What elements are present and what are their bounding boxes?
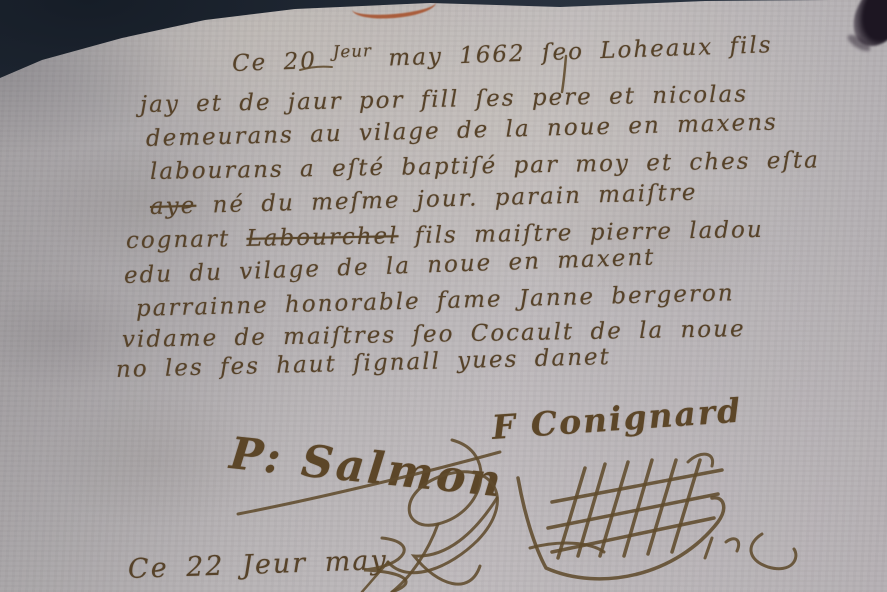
signature-conignard: F Conignard xyxy=(491,391,744,447)
line1-rest: may 1662 ſeo Loheaux fils xyxy=(372,32,773,72)
line5-struck-word: aye xyxy=(150,193,197,220)
next-entry-partial-line: Ce 22 Jeur may xyxy=(127,545,388,585)
ink-bleed-smudge xyxy=(0,280,160,390)
manuscript-photo: Ce 20 Jeur may 1662 ſeo Loheaux fils jay… xyxy=(0,0,887,592)
ink-bleed-smudge xyxy=(520,180,780,300)
text-line-4: labourans a eſté baptiſé par moy et ches… xyxy=(150,147,820,185)
text-line-10: no les fes haut ſignall yues danet xyxy=(116,344,611,383)
text-line-5: aye né du meſme jour. parain maiſtre xyxy=(150,180,698,220)
text-line-9: vidame de maiſtres ſeo Cocault de la nou… xyxy=(122,316,746,353)
line7-text: edu du vilage de la noue en maxent xyxy=(124,244,656,289)
line10-text: no les fes haut ſignall yues danet xyxy=(116,344,611,383)
line6-rest: fils maiſtre pierre ladou xyxy=(398,217,764,249)
ink-bleed-smudge xyxy=(40,390,270,530)
line8-text: parrainne honorable fame Janne bergeron xyxy=(136,280,735,322)
line9-text: vidame de maiſtres ſeo Cocault de la nou… xyxy=(122,316,746,353)
text-line-3: demeurans au vilage de la noue en maxens xyxy=(146,109,778,152)
text-line-6: cognart Labourchel fils maiſtre pierre l… xyxy=(126,217,764,254)
line1-superscript: Jeur xyxy=(333,41,373,61)
line6-start: cognart xyxy=(126,226,247,254)
line4-text: labourans a eſté baptiſé par moy et ches… xyxy=(150,147,820,185)
text-line-7: edu du vilage de la noue en maxent xyxy=(124,244,656,289)
line5-rest: né du meſme jour. parain maiſtre xyxy=(196,180,698,219)
line6-struck-word: Labourchel xyxy=(246,223,398,252)
line1-start: Ce 20 xyxy=(232,47,334,77)
line3-text: demeurans au vilage de la noue en maxens xyxy=(146,109,778,152)
line2-text: jay et de jaur por fill ſes pere et nico… xyxy=(140,81,748,118)
text-line-1: Ce 20 Jeur may 1662 ſeo Loheaux fils xyxy=(231,27,773,77)
paper-sheet: Ce 20 Jeur may 1662 ſeo Loheaux fils jay… xyxy=(0,0,887,592)
signature-salmon: P: Salmon xyxy=(227,428,506,507)
text-line-8: parrainne honorable fame Janne bergeron xyxy=(136,280,735,322)
ink-bleed-smudge xyxy=(30,140,250,270)
text-line-2: jay et de jaur por fill ſes pere et nico… xyxy=(140,81,748,118)
